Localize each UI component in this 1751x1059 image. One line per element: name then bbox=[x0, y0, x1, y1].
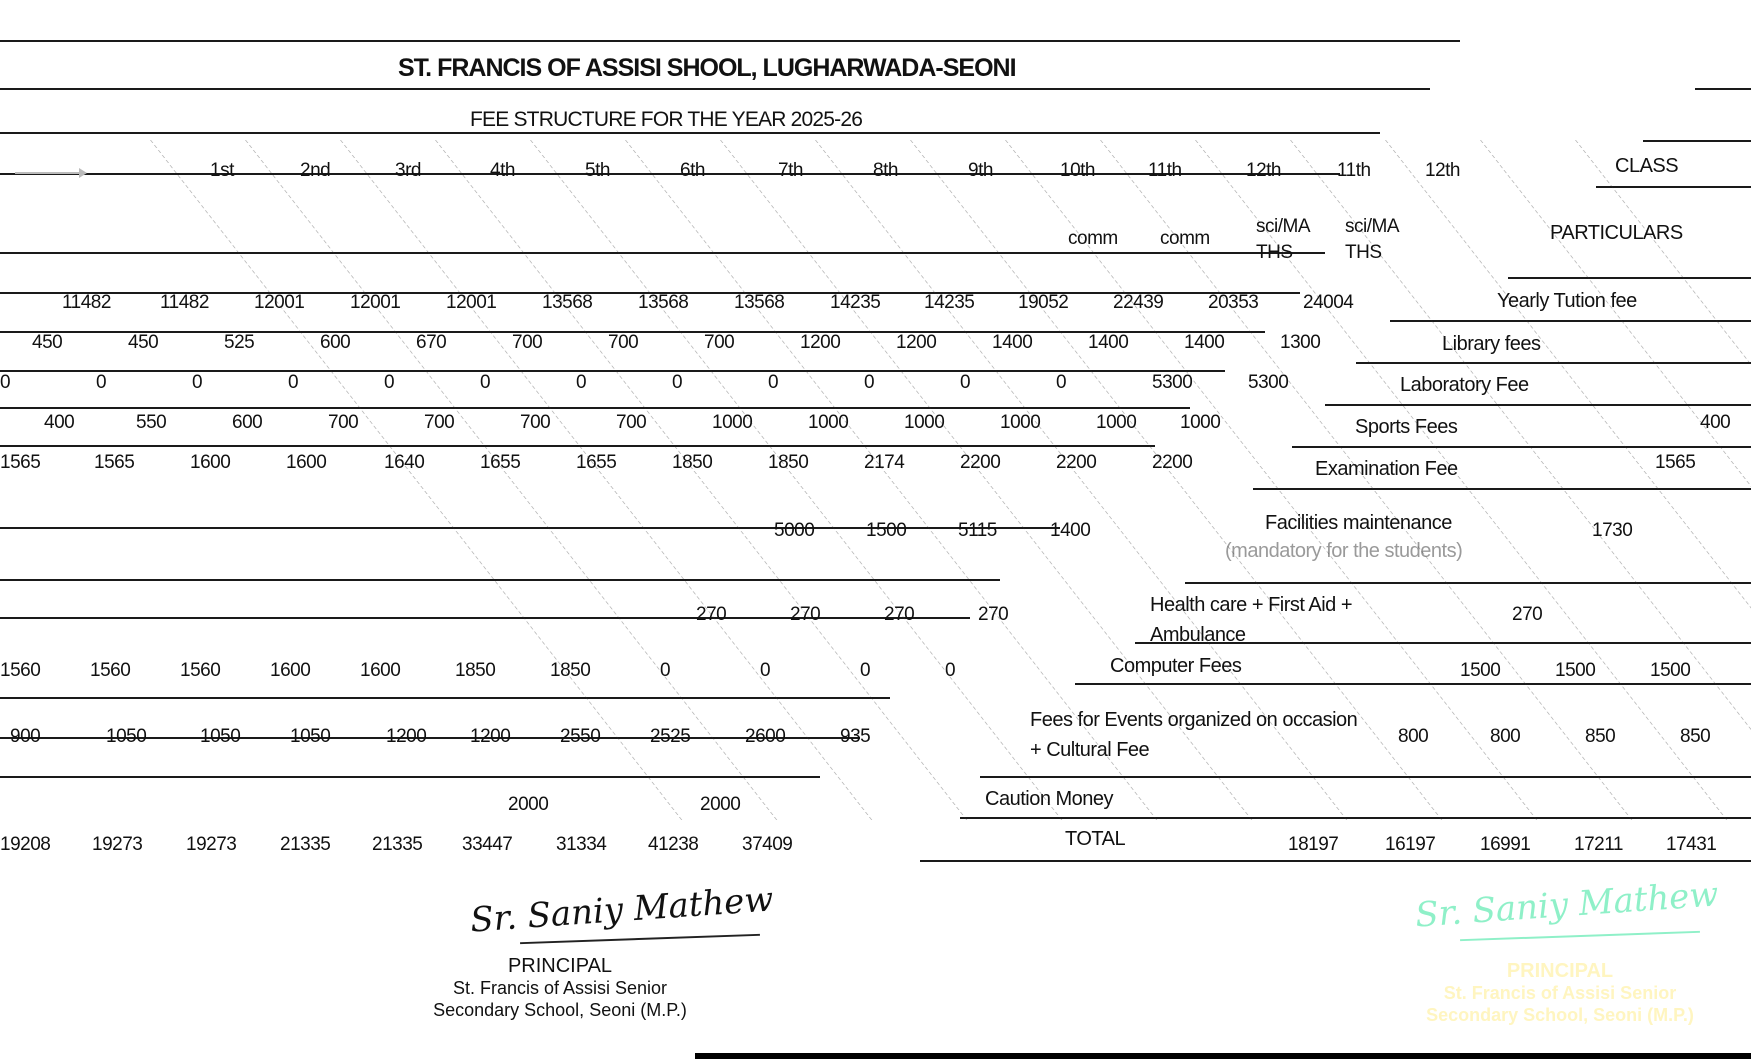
fee-cell: 600 bbox=[232, 412, 262, 434]
fee-cell: 0 bbox=[672, 372, 682, 394]
fee-cell: 1400 bbox=[992, 332, 1032, 354]
fee-cell: 1050 bbox=[290, 726, 330, 748]
fee-cell: 2525 bbox=[650, 726, 690, 748]
fee-cell: 0 bbox=[480, 372, 490, 394]
fee-cell: 0 bbox=[384, 372, 394, 394]
fee-cell: 550 bbox=[136, 412, 166, 434]
fee-cell: 11482 bbox=[62, 292, 111, 314]
fee-cell: 450 bbox=[128, 332, 158, 354]
fee-cell: 1200 bbox=[896, 332, 936, 354]
fee-cell: 670 bbox=[416, 332, 446, 354]
fee-cell: 700 bbox=[704, 332, 734, 354]
fee-cell: 1850 bbox=[455, 660, 495, 682]
arrow-icon bbox=[15, 172, 85, 174]
principal-stamp-faded: PRINCIPAL St. Francis of Assisi Senior S… bbox=[1390, 960, 1730, 1026]
fee-cell: 1560 bbox=[90, 660, 130, 682]
fee-cell: 2000 bbox=[700, 794, 740, 816]
fee-cell: 900 bbox=[10, 726, 40, 748]
class-header-10: 10th bbox=[1060, 160, 1095, 182]
fee-cell: 1400 bbox=[1088, 332, 1128, 354]
fee-cell: 1560 bbox=[0, 660, 40, 682]
scan-shear-line bbox=[530, 140, 1063, 820]
fee-cell: 12001 bbox=[350, 292, 400, 314]
fee-cell: 13568 bbox=[542, 292, 592, 314]
fee-cell: 16197 bbox=[1385, 834, 1435, 856]
fee-cell: 19208 bbox=[0, 834, 50, 856]
fee-cell: 33447 bbox=[462, 834, 512, 856]
fee-cell: 1200 bbox=[800, 332, 840, 354]
class-header-8: 8th bbox=[873, 160, 898, 182]
principal-signature: Sr. Saniy Mathew bbox=[469, 879, 775, 940]
fee-cell: 0 bbox=[960, 372, 970, 394]
fee-cell: 18197 bbox=[1288, 834, 1338, 856]
stamp-title-faded: PRINCIPAL bbox=[1390, 960, 1730, 982]
fee-cell: 5300 bbox=[1152, 372, 1192, 394]
fee-cell: 700 bbox=[616, 412, 646, 434]
fee-cell: 0 bbox=[288, 372, 298, 394]
particular-total: TOTAL bbox=[1065, 828, 1125, 851]
fee-cell: 5300 bbox=[1248, 372, 1288, 394]
scan-shear-line bbox=[340, 140, 873, 820]
fee-cell: 935 bbox=[840, 726, 870, 748]
fee-cell: 31334 bbox=[556, 834, 606, 856]
principal-stamp: PRINCIPAL St. Francis of Assisi Senior S… bbox=[390, 955, 730, 1021]
fee-cell: 1000 bbox=[904, 412, 944, 434]
stream-label-11th-sci: sci/MA THS bbox=[1256, 214, 1326, 266]
fee-cell: 1300 bbox=[1280, 332, 1320, 354]
principal-signature-faded: Sr. Saniy Mathew bbox=[1414, 874, 1720, 935]
fee-cell: 1600 bbox=[360, 660, 400, 682]
fee-cell: 16991 bbox=[1480, 834, 1530, 856]
fee-cell: 12001 bbox=[446, 292, 496, 314]
particular-facilities-note: (mandatory for the students) bbox=[1225, 540, 1462, 563]
fee-cell: 1500 bbox=[1555, 660, 1595, 682]
fee-cell: 800 bbox=[1398, 726, 1428, 748]
class-header-label: CLASS bbox=[1615, 155, 1678, 178]
class-header-14: 12th bbox=[1425, 160, 1460, 182]
fee-cell: 0 bbox=[576, 372, 586, 394]
scan-shear-line bbox=[150, 140, 683, 820]
fee-cell: 2000 bbox=[508, 794, 548, 816]
fee-cell: 700 bbox=[512, 332, 542, 354]
class-header-12: 12th bbox=[1246, 160, 1281, 182]
fee-cell: 400 bbox=[44, 412, 74, 434]
scan-shear-line bbox=[435, 140, 968, 820]
fee-cell: 17431 bbox=[1666, 834, 1716, 856]
class-header-11: 11th bbox=[1148, 160, 1182, 182]
fee-cell: 700 bbox=[424, 412, 454, 434]
fee-cell: 5000 bbox=[774, 520, 814, 542]
fee-cell: 19273 bbox=[186, 834, 236, 856]
stamp-line-2: Secondary School, Seoni (M.P.) bbox=[390, 999, 730, 1021]
fee-cell: 5115 bbox=[958, 520, 997, 542]
particulars-header-label: PARTICULARS bbox=[1550, 222, 1683, 245]
fee-cell: 700 bbox=[520, 412, 550, 434]
stamp-line-1-faded: St. Francis of Assisi Senior bbox=[1390, 982, 1730, 1004]
class-header-1: 1st bbox=[210, 160, 234, 182]
fee-cell: 19273 bbox=[92, 834, 142, 856]
fee-cell: 1500 bbox=[866, 520, 906, 542]
fee-cell: 17211 bbox=[1574, 834, 1623, 856]
fee-cell: 11482 bbox=[160, 292, 209, 314]
fee-cell: 850 bbox=[1585, 726, 1615, 748]
fee-cell: 700 bbox=[608, 332, 638, 354]
particular-laboratory: Laboratory Fee bbox=[1400, 374, 1529, 397]
fee-cell: 1050 bbox=[106, 726, 146, 748]
fee-cell: 0 bbox=[1056, 372, 1066, 394]
fee-cell: 41238 bbox=[648, 834, 698, 856]
class-header-6: 6th bbox=[680, 160, 705, 182]
scan-edge bbox=[695, 1053, 1751, 1059]
fee-cell: 525 bbox=[224, 332, 254, 354]
fee-cell: 270 bbox=[1512, 604, 1542, 626]
fee-cell: 400 bbox=[1700, 412, 1730, 434]
class-header-3: 3rd bbox=[395, 160, 421, 182]
fee-cell: 21335 bbox=[372, 834, 422, 856]
fee-structure-subtitle: FEE STRUCTURE FOR THE YEAR 2025-26 bbox=[470, 108, 862, 132]
fee-cell: 1600 bbox=[270, 660, 310, 682]
class-header-7: 7th bbox=[778, 160, 803, 182]
scan-shear-line bbox=[245, 140, 778, 820]
stamp-line-2-faded: Secondary School, Seoni (M.P.) bbox=[1390, 1004, 1730, 1026]
fee-cell: 0 bbox=[864, 372, 874, 394]
fee-cell: 1850 bbox=[672, 452, 712, 474]
fee-cell: 270 bbox=[790, 604, 820, 626]
particular-examination: Examination Fee bbox=[1315, 458, 1458, 481]
particular-events: Fees for Events organized on occasion + … bbox=[1030, 705, 1360, 765]
fee-cell: 450 bbox=[32, 332, 62, 354]
class-header-5: 5th bbox=[585, 160, 610, 182]
particular-sports: Sports Fees bbox=[1355, 416, 1457, 439]
fee-cell: 1655 bbox=[480, 452, 520, 474]
class-header-9: 9th bbox=[968, 160, 993, 182]
fee-cell: 800 bbox=[1490, 726, 1520, 748]
fee-cell: 2600 bbox=[745, 726, 785, 748]
fee-cell: 1565 bbox=[0, 452, 40, 474]
fee-cell: 600 bbox=[320, 332, 350, 354]
fee-cell: 0 bbox=[0, 372, 10, 394]
fee-cell: 1000 bbox=[1000, 412, 1040, 434]
fee-cell: 1000 bbox=[1180, 412, 1220, 434]
fee-cell: 21335 bbox=[280, 834, 330, 856]
stamp-line-1: St. Francis of Assisi Senior bbox=[390, 977, 730, 999]
fee-cell: 1565 bbox=[1655, 452, 1695, 474]
fee-cell: 1565 bbox=[94, 452, 134, 474]
fee-cell: 1500 bbox=[1650, 660, 1690, 682]
fee-cell: 0 bbox=[860, 660, 870, 682]
fee-cell: 1655 bbox=[576, 452, 616, 474]
fee-cell: 1500 bbox=[1460, 660, 1500, 682]
fee-cell: 2550 bbox=[560, 726, 600, 748]
fee-cell: 1200 bbox=[386, 726, 426, 748]
fee-cell: 1560 bbox=[180, 660, 220, 682]
fee-cell: 0 bbox=[96, 372, 106, 394]
fee-cell: 1400 bbox=[1184, 332, 1224, 354]
fee-cell: 1050 bbox=[200, 726, 240, 748]
fee-cell: 1400 bbox=[1050, 520, 1090, 542]
fee-cell: 0 bbox=[768, 372, 778, 394]
class-header-13: 11th bbox=[1337, 160, 1371, 182]
fee-cell: 1600 bbox=[190, 452, 230, 474]
particular-facilities: Facilities maintenance bbox=[1265, 512, 1452, 535]
stamp-title: PRINCIPAL bbox=[390, 955, 730, 977]
fee-cell: 37409 bbox=[742, 834, 792, 856]
fee-cell: 850 bbox=[1680, 726, 1710, 748]
class-header-4: 4th bbox=[490, 160, 515, 182]
fee-cell: 700 bbox=[328, 412, 358, 434]
fee-cell: 1200 bbox=[470, 726, 510, 748]
class-header-2: 2nd bbox=[300, 160, 330, 182]
school-title: ST. FRANCIS OF ASSISI SHOOL, LUGHARWADA-… bbox=[398, 54, 1016, 83]
particular-caution: Caution Money bbox=[985, 788, 1113, 811]
fee-cell: 1600 bbox=[286, 452, 326, 474]
particular-healthcare: Health care + First Aid + Ambulance bbox=[1150, 590, 1450, 650]
fee-cell: 0 bbox=[192, 372, 202, 394]
